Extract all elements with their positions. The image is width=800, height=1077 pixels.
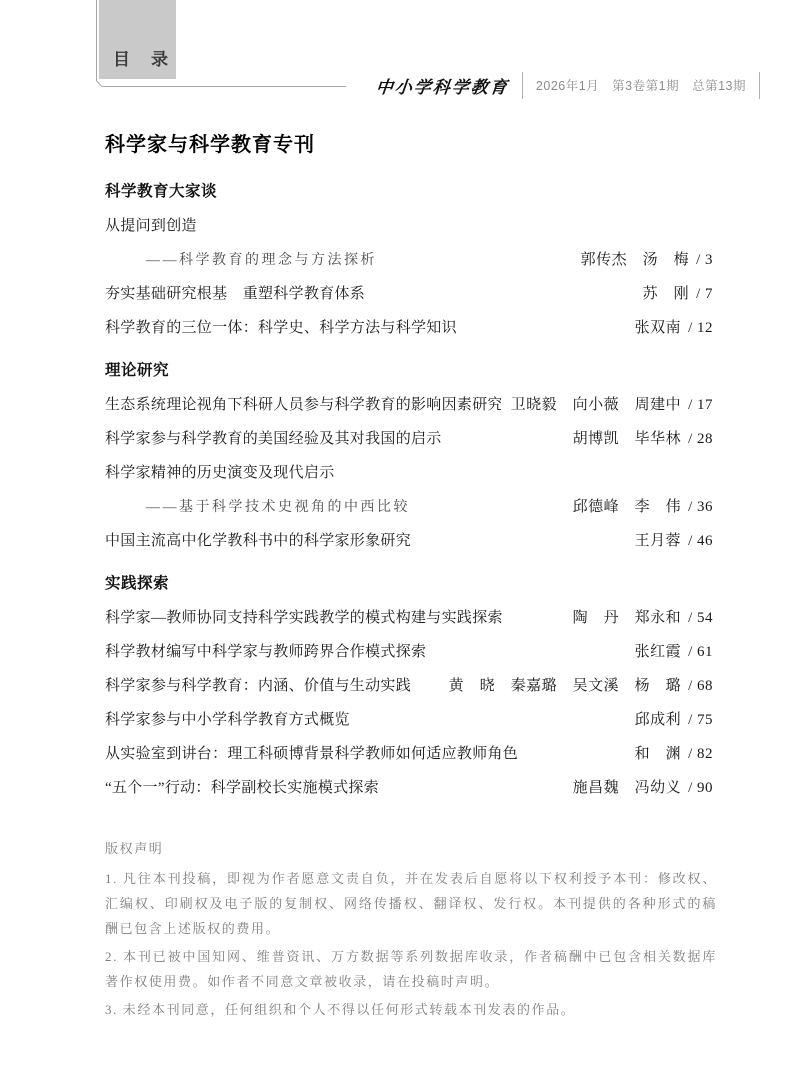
article-authors-page: 郭传杰 汤 梅/ 3 <box>571 243 713 277</box>
copyright-item: 2. 本刊已被中国知网、维普资讯、万方数据等系列数据库收录，作者稿酬中已包含相关… <box>105 944 717 994</box>
article-authors-page: 胡博凯 毕华林/ 28 <box>563 422 713 456</box>
article-authors-page: 卫晓毅 向小薇 周建中/ 17 <box>501 388 713 422</box>
article-authors: 张双南 <box>635 320 682 336</box>
article-title: 科学教材编写中科学家与教师跨界合作模式探索 <box>105 635 625 669</box>
article-authors-page: 陶 丹 郑永和/ 54 <box>563 601 713 635</box>
toc-corner-box: 目 录 <box>99 0 176 79</box>
article-title: 科学家精神的历史演变及现代启示 <box>105 456 713 490</box>
journal-header: 中小学科学教育 2026年1月 第3卷第1期 总第13期 <box>376 70 760 100</box>
article-title: “五个一”行动：科学副校长实施模式探索 <box>105 771 563 805</box>
article-title: 从实验室到讲台：理工科硕博背景科学教师如何适应教师角色 <box>105 737 625 771</box>
article-page: / 75 <box>688 712 713 728</box>
article-title: 从提问到创造 <box>105 209 713 243</box>
toc-entry: 科学教材编写中科学家与教师跨界合作模式探索 张红霞/ 61 <box>105 635 713 669</box>
article-page: / 17 <box>688 397 713 413</box>
article-page: / 61 <box>688 644 713 660</box>
article-title: 科学家参与中小学科学教育方式概览 <box>105 703 625 737</box>
toc-entry: 从实验室到讲台：理工科硕博背景科学教师如何适应教师角色 和 渊/ 82 <box>105 737 713 771</box>
article-authors-page: 张双南/ 12 <box>625 311 713 345</box>
article-authors: 邱德峰 李 伟 <box>573 499 682 515</box>
article-authors-page: 张红霞/ 61 <box>625 635 713 669</box>
article-subtitle: ——科学教育的理念与方法探析 <box>105 244 377 278</box>
article-authors: 胡博凯 毕华林 <box>573 431 682 447</box>
toc-entry: 科学家参与科学教育：内涵、价值与生动实践 黄 晓 秦嘉璐 吴文溪 杨 璐/ 68 <box>105 669 713 703</box>
journal-toc-page: 目 录 中小学科学教育 2026年1月 第3卷第1期 总第13期 科学家与科学教… <box>0 0 800 1077</box>
article-authors: 郭传杰 汤 梅 <box>581 252 690 268</box>
article-authors: 张红霞 <box>635 644 682 660</box>
article-page: / 82 <box>688 746 713 762</box>
article-authors: 陶 丹 郑永和 <box>573 610 682 626</box>
toc-entry: 科学教育的三位一体：科学史、科学方法与科学知识 张双南/ 12 <box>105 311 713 345</box>
article-title: 科学教育的三位一体：科学史、科学方法与科学知识 <box>105 311 625 345</box>
section-heading: 实践探索 <box>105 567 713 601</box>
article-authors: 和 渊 <box>635 746 682 762</box>
article-page: / 7 <box>696 286 713 302</box>
toc-entry: 中国主流高中化学教科书中的科学家形象研究 王月蓉/ 46 <box>105 524 713 558</box>
toc-entry-subtitle: ——科学教育的理念与方法探析 郭传杰 汤 梅/ 3 <box>105 243 713 277</box>
article-authors: 黄 晓 秦嘉璐 吴文溪 杨 璐 <box>449 678 682 694</box>
article-title: 夯实基础研究根基 重塑科学教育体系 <box>105 277 633 311</box>
toc-entry: 科学家参与中小学科学教育方式概览 邱成利/ 75 <box>105 703 713 737</box>
article-authors: 施昌魏 冯幼义 <box>573 780 682 796</box>
issue-info: 2026年1月 第3卷第1期 总第13期 <box>536 76 746 94</box>
article-title: 科学家参与科学教育：内涵、价值与生动实践 <box>105 669 439 703</box>
article-page: / 28 <box>688 431 713 447</box>
copyright-notice: 版权声明 1. 凡往本刊投稿，即视为作者愿意文责自负，并在发表后自愿将以下权利授… <box>105 836 717 1025</box>
header-divider <box>522 72 523 99</box>
article-title: 科学家—教师协同支持科学实践教学的模式构建与实践探索 <box>105 601 563 635</box>
article-authors-page: 施昌魏 冯幼义/ 90 <box>563 771 713 805</box>
section-heading: 科学教育大家谈 <box>105 175 713 209</box>
article-title: 中国主流高中化学教科书中的科学家形象研究 <box>105 524 625 558</box>
section-heading: 理论研究 <box>105 354 713 388</box>
article-authors-page: 苏 刚/ 7 <box>633 277 713 311</box>
article-title: 科学家参与科学教育的美国经验及其对我国的启示 <box>105 422 563 456</box>
article-page: / 3 <box>696 252 713 268</box>
toc-entry: 从提问到创造 <box>105 209 713 243</box>
header-divider <box>759 72 760 99</box>
article-authors-page: 邱德峰 李 伟/ 36 <box>563 490 713 524</box>
toc-entry: “五个一”行动：科学副校长实施模式探索 施昌魏 冯幼义/ 90 <box>105 771 713 805</box>
toc-entry-subtitle: ——基于科学技术史视角的中西比较 邱德峰 李 伟/ 36 <box>105 490 713 524</box>
special-issue-title: 科学家与科学教育专刊 <box>105 131 713 159</box>
copyright-item: 3. 未经本刊同意，任何组织和个人不得以任何形式转载本刊发表的作品。 <box>105 997 717 1022</box>
corner-frame-lines <box>0 0 360 100</box>
article-authors-page: 和 渊/ 82 <box>625 737 713 771</box>
toc-entry: 科学家—教师协同支持科学实践教学的模式构建与实践探索 陶 丹 郑永和/ 54 <box>105 601 713 635</box>
copyright-heading: 版权声明 <box>105 836 717 861</box>
article-page: / 68 <box>688 678 713 694</box>
article-authors-page: 邱成利/ 75 <box>625 703 713 737</box>
article-page: / 36 <box>688 499 713 515</box>
article-authors: 苏 刚 <box>643 286 690 302</box>
toc-entry: 生态系统理论视角下科研人员参与科学教育的影响因素研究 卫晓毅 向小薇 周建中/ … <box>105 388 713 422</box>
article-subtitle: ——基于科学技术史视角的中西比较 <box>105 491 410 525</box>
article-page: / 90 <box>688 780 713 796</box>
article-authors: 卫晓毅 向小薇 周建中 <box>511 397 682 413</box>
article-page: / 46 <box>688 533 713 549</box>
toc-entry: 科学家参与科学教育的美国经验及其对我国的启示 胡博凯 毕华林/ 28 <box>105 422 713 456</box>
toc-content: 科学家与科学教育专刊 科学教育大家谈 从提问到创造 ——科学教育的理念与方法探析… <box>105 131 713 805</box>
article-authors: 邱成利 <box>635 712 682 728</box>
journal-name-calligraphy: 中小学科学教育 <box>375 73 511 98</box>
article-authors-page: 王月蓉/ 46 <box>625 524 713 558</box>
article-page: / 54 <box>688 610 713 626</box>
toc-entry: 夯实基础研究根基 重塑科学教育体系 苏 刚/ 7 <box>105 277 713 311</box>
article-page: / 12 <box>688 320 713 336</box>
article-title: 生态系统理论视角下科研人员参与科学教育的影响因素研究 <box>105 388 501 422</box>
copyright-item: 1. 凡往本刊投稿，即视为作者愿意文责自负，并在发表后自愿将以下权利授予本刊：修… <box>105 866 717 941</box>
toc-entry: 科学家精神的历史演变及现代启示 <box>105 456 713 490</box>
article-authors: 王月蓉 <box>635 533 682 549</box>
toc-corner-label: 目 录 <box>113 45 170 70</box>
article-authors-page: 黄 晓 秦嘉璐 吴文溪 杨 璐/ 68 <box>439 669 713 703</box>
